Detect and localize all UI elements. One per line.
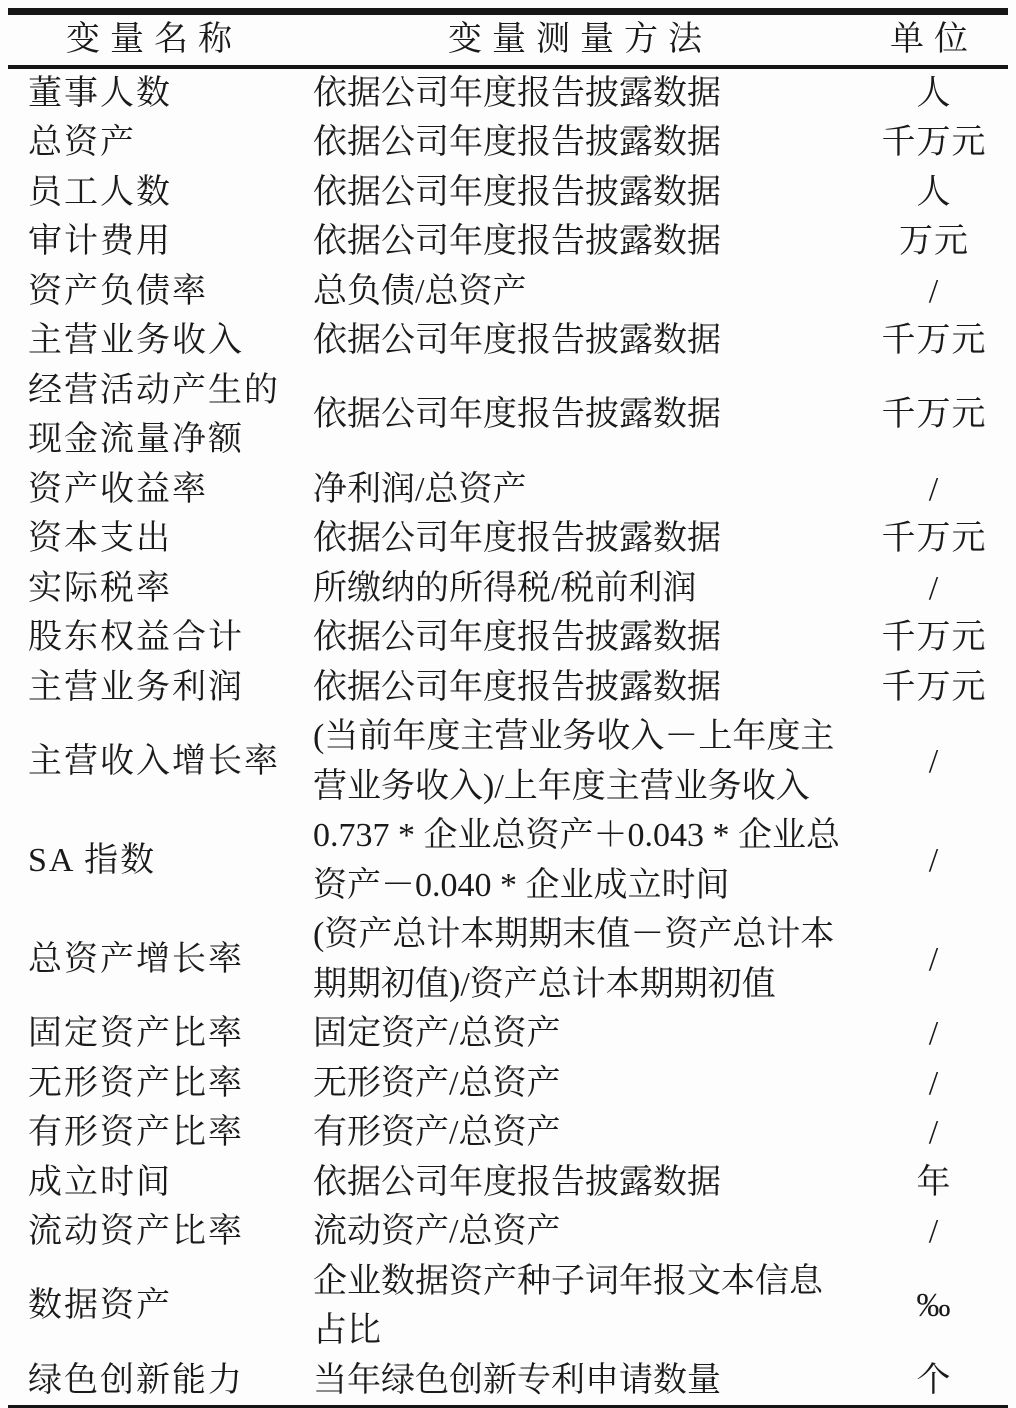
unit-cell: 千万元 (860, 613, 1008, 663)
table-row: 股东权益合计依据公司年度报告披露数据千万元 (8, 613, 1008, 663)
measurement-method-cell: 有形资产/总资产 (300, 1108, 860, 1158)
variable-name-cell: 资产负债率 (8, 267, 300, 317)
measurement-method-cell: 0.737 * 企业总资产＋0.043 * 企业总资产－0.040 * 企业成立… (300, 811, 860, 910)
unit-cell: / (860, 1207, 1008, 1257)
unit-cell: / (860, 267, 1008, 317)
variable-name-cell: 数据资产 (8, 1257, 300, 1356)
variable-name-cell: 绿色创新能力 (8, 1356, 300, 1408)
unit-cell: 个 (860, 1356, 1008, 1408)
unit-cell: 千万元 (860, 663, 1008, 713)
measurement-method-cell: (当前年度主营业务收入－上年度主营业务收入)/上年度主营业务收入 (300, 712, 860, 811)
variable-name-cell: 固定资产比率 (8, 1009, 300, 1059)
unit-cell: 千万元 (860, 514, 1008, 564)
variable-name-cell: 经营活动产生的现金流量净额 (8, 366, 300, 465)
table-row: 固定资产比率固定资产/总资产/ (8, 1009, 1008, 1059)
table-row: 有形资产比率有形资产/总资产/ (8, 1108, 1008, 1158)
variable-name-cell: 流动资产比率 (8, 1207, 300, 1257)
measurement-method-cell: 流动资产/总资产 (300, 1207, 860, 1257)
unit-cell: / (860, 910, 1008, 1009)
table-row: SA 指数0.737 * 企业总资产＋0.043 * 企业总资产－0.040 *… (8, 811, 1008, 910)
measurement-method-cell: 总负债/总资产 (300, 267, 860, 317)
variable-name-cell: 主营业务收入 (8, 316, 300, 366)
measurement-method-cell: 依据公司年度报告披露数据 (300, 514, 860, 564)
variable-name-cell: 资产收益率 (8, 465, 300, 515)
table-row: 绿色创新能力当年绿色创新专利申请数量个 (8, 1356, 1008, 1408)
table-row: 实际税率所缴纳的所得税/税前利润/ (8, 564, 1008, 614)
unit-cell: ‰ (860, 1257, 1008, 1356)
variable-definitions-table: 变量名称 变量测量方法 单位 董事人数依据公司年度报告披露数据人总资产依据公司年… (8, 8, 1008, 1408)
table-row: 董事人数依据公司年度报告披露数据人 (8, 67, 1008, 119)
unit-cell: 千万元 (860, 366, 1008, 465)
table-row: 审计费用依据公司年度报告披露数据万元 (8, 217, 1008, 267)
variable-name-cell: 总资产 (8, 118, 300, 168)
column-header-variable-name: 变量名称 (8, 12, 300, 67)
table-row: 员工人数依据公司年度报告披露数据人 (8, 168, 1008, 218)
table-row: 成立时间依据公司年度报告披露数据年 (8, 1158, 1008, 1208)
column-header-unit: 单位 (860, 12, 1008, 67)
unit-cell: 千万元 (860, 316, 1008, 366)
measurement-method-cell: 依据公司年度报告披露数据 (300, 366, 860, 465)
variable-name-cell: 总资产增长率 (8, 910, 300, 1009)
measurement-method-cell: (资产总计本期期末值－资产总计本期期初值)/资产总计本期期初值 (300, 910, 860, 1009)
table-body: 董事人数依据公司年度报告披露数据人总资产依据公司年度报告披露数据千万元员工人数依… (8, 67, 1008, 1408)
table-row: 主营业务收入依据公司年度报告披露数据千万元 (8, 316, 1008, 366)
unit-cell: / (860, 564, 1008, 614)
unit-cell: 人 (860, 67, 1008, 119)
measurement-method-cell: 依据公司年度报告披露数据 (300, 118, 860, 168)
table-row: 总资产依据公司年度报告披露数据千万元 (8, 118, 1008, 168)
variable-name-cell: 资本支出 (8, 514, 300, 564)
variable-name-cell: SA 指数 (8, 811, 300, 910)
measurement-method-cell: 固定资产/总资产 (300, 1009, 860, 1059)
unit-cell: / (860, 811, 1008, 910)
table-row: 无形资产比率无形资产/总资产/ (8, 1059, 1008, 1109)
unit-cell: 年 (860, 1158, 1008, 1208)
table-row: 资本支出依据公司年度报告披露数据千万元 (8, 514, 1008, 564)
table-row: 主营业务利润依据公司年度报告披露数据千万元 (8, 663, 1008, 713)
measurement-method-cell: 企业数据资产种子词年报文本信息占比 (300, 1257, 860, 1356)
variable-name-cell: 员工人数 (8, 168, 300, 218)
variable-name-cell: 董事人数 (8, 67, 300, 119)
variable-name-cell: 实际税率 (8, 564, 300, 614)
variable-name-cell: 有形资产比率 (8, 1108, 300, 1158)
header-row: 变量名称 变量测量方法 单位 (8, 12, 1008, 67)
unit-cell: 千万元 (860, 118, 1008, 168)
table-row: 数据资产企业数据资产种子词年报文本信息占比‰ (8, 1257, 1008, 1356)
table-row: 流动资产比率流动资产/总资产/ (8, 1207, 1008, 1257)
measurement-method-cell: 依据公司年度报告披露数据 (300, 217, 860, 267)
unit-cell: / (860, 1059, 1008, 1109)
unit-cell: / (860, 465, 1008, 515)
unit-cell: 万元 (860, 217, 1008, 267)
table-row: 资产收益率净利润/总资产/ (8, 465, 1008, 515)
measurement-method-cell: 依据公司年度报告披露数据 (300, 168, 860, 218)
measurement-method-cell: 依据公司年度报告披露数据 (300, 613, 860, 663)
table-row: 经营活动产生的现金流量净额依据公司年度报告披露数据千万元 (8, 366, 1008, 465)
column-header-measurement-method: 变量测量方法 (300, 12, 860, 67)
measurement-method-cell: 当年绿色创新专利申请数量 (300, 1356, 860, 1408)
measurement-method-cell: 依据公司年度报告披露数据 (300, 1158, 860, 1208)
measurement-method-cell: 无形资产/总资产 (300, 1059, 860, 1109)
variable-name-cell: 主营业务利润 (8, 663, 300, 713)
unit-cell: / (860, 712, 1008, 811)
variable-name-cell: 审计费用 (8, 217, 300, 267)
table-header: 变量名称 变量测量方法 单位 (8, 12, 1008, 67)
measurement-method-cell: 依据公司年度报告披露数据 (300, 67, 860, 119)
variable-name-cell: 成立时间 (8, 1158, 300, 1208)
measurement-method-cell: 依据公司年度报告披露数据 (300, 663, 860, 713)
measurement-method-cell: 净利润/总资产 (300, 465, 860, 515)
unit-cell: / (860, 1009, 1008, 1059)
variable-name-cell: 无形资产比率 (8, 1059, 300, 1109)
variable-name-cell: 股东权益合计 (8, 613, 300, 663)
variable-name-cell: 主营收入增长率 (8, 712, 300, 811)
unit-cell: 人 (860, 168, 1008, 218)
measurement-method-cell: 所缴纳的所得税/税前利润 (300, 564, 860, 614)
unit-cell: / (860, 1108, 1008, 1158)
document-page: 变量名称 变量测量方法 单位 董事人数依据公司年度报告披露数据人总资产依据公司年… (0, 0, 1016, 1408)
table-row: 总资产增长率(资产总计本期期末值－资产总计本期期初值)/资产总计本期期初值/ (8, 910, 1008, 1009)
table-row: 资产负债率总负债/总资产/ (8, 267, 1008, 317)
table-row: 主营收入增长率(当前年度主营业务收入－上年度主营业务收入)/上年度主营业务收入/ (8, 712, 1008, 811)
measurement-method-cell: 依据公司年度报告披露数据 (300, 316, 860, 366)
